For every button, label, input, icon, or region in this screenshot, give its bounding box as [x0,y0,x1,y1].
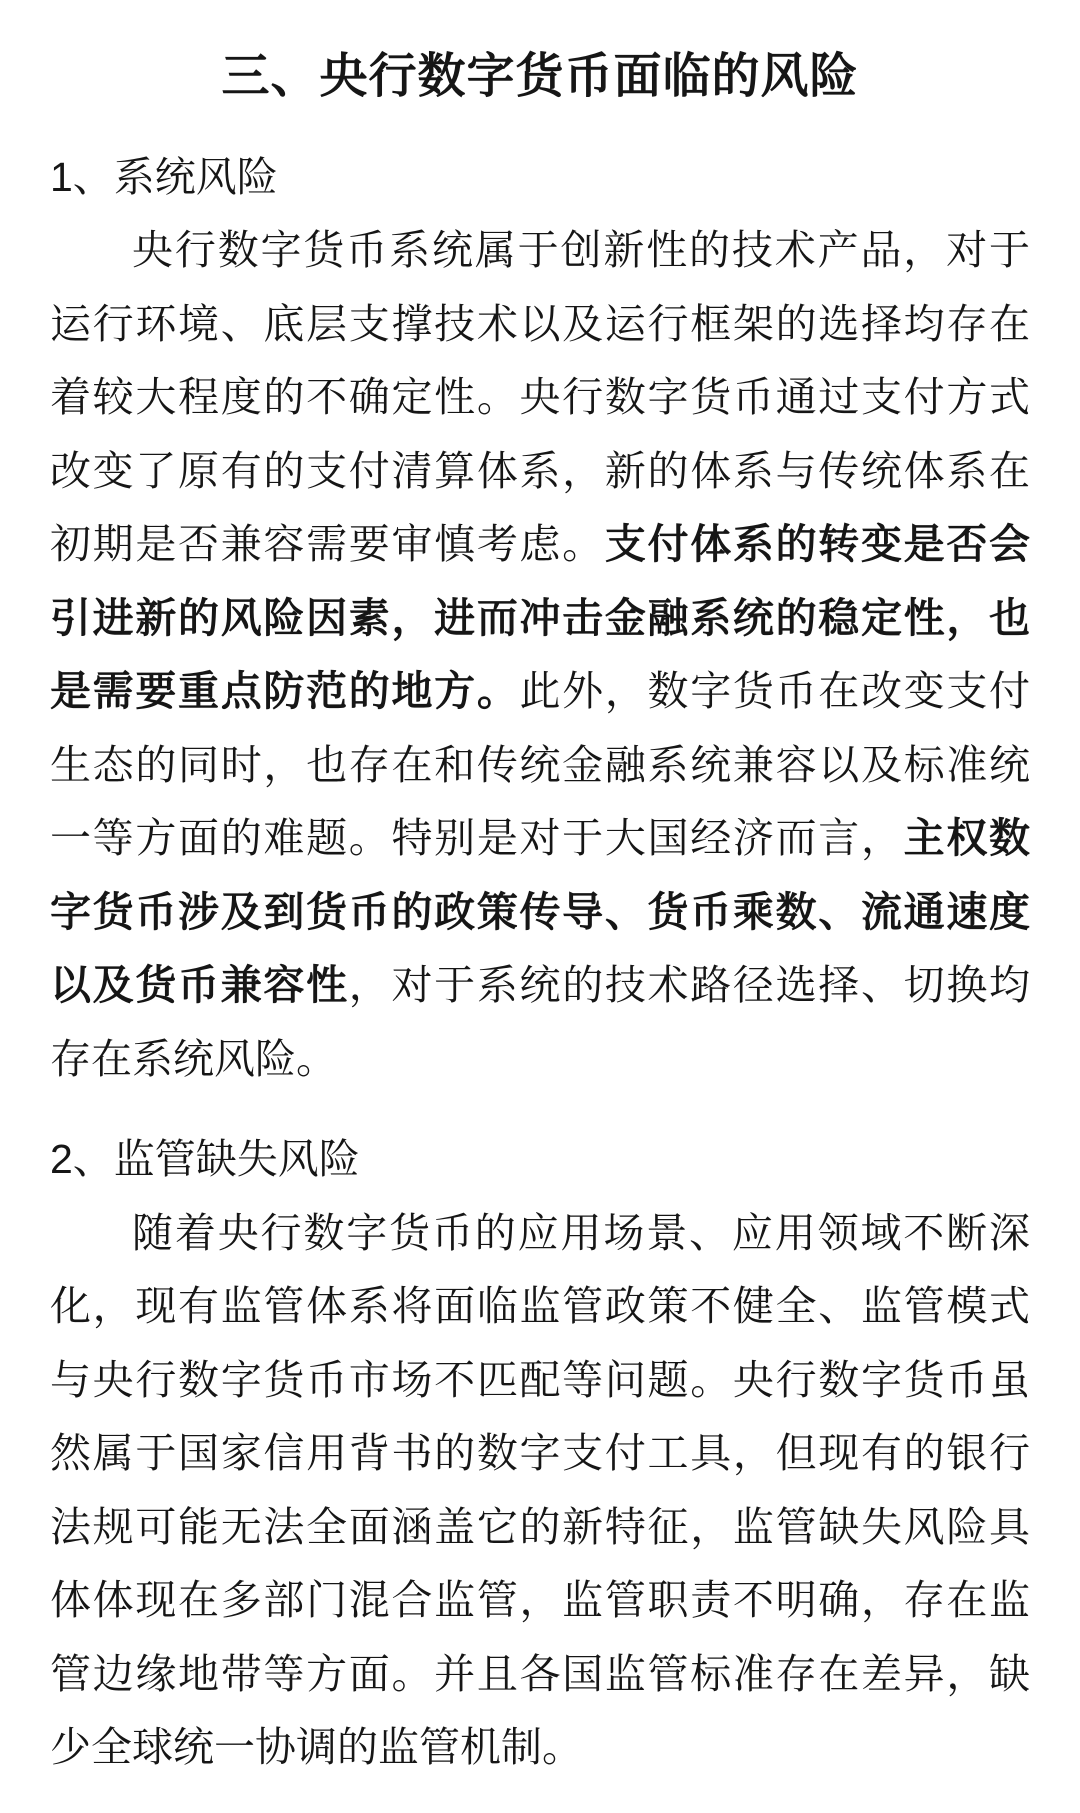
paragraph-2: 随着央行数字货币的应用场景、应用领域不断深化，现有监管体系将面临监管政策不健全、… [50,1197,1030,1785]
text-run: 随着央行数字货币的应用场景、应用领域不断深化，现有监管体系将面临监管政策不健全、… [50,1210,1030,1771]
section-heading-2: 2、监管缺失风险 [50,1123,1030,1197]
text-run: 央行数字货币系统属于创新性的技术产品，对于运行环境、底层支撑技术以及运行框架的选… [50,227,1030,567]
page-title: 三、央行数字货币面临的风险 [50,40,1030,114]
document-page: { "title": "三、央行数字货币面临的风险", "colors": { … [0,0,1080,1813]
paragraph-1: 央行数字货币系统属于创新性的技术产品，对于运行环境、底层支撑技术以及运行框架的选… [50,214,1030,1096]
section-heading-1: 1、系统风险 [50,141,1030,215]
